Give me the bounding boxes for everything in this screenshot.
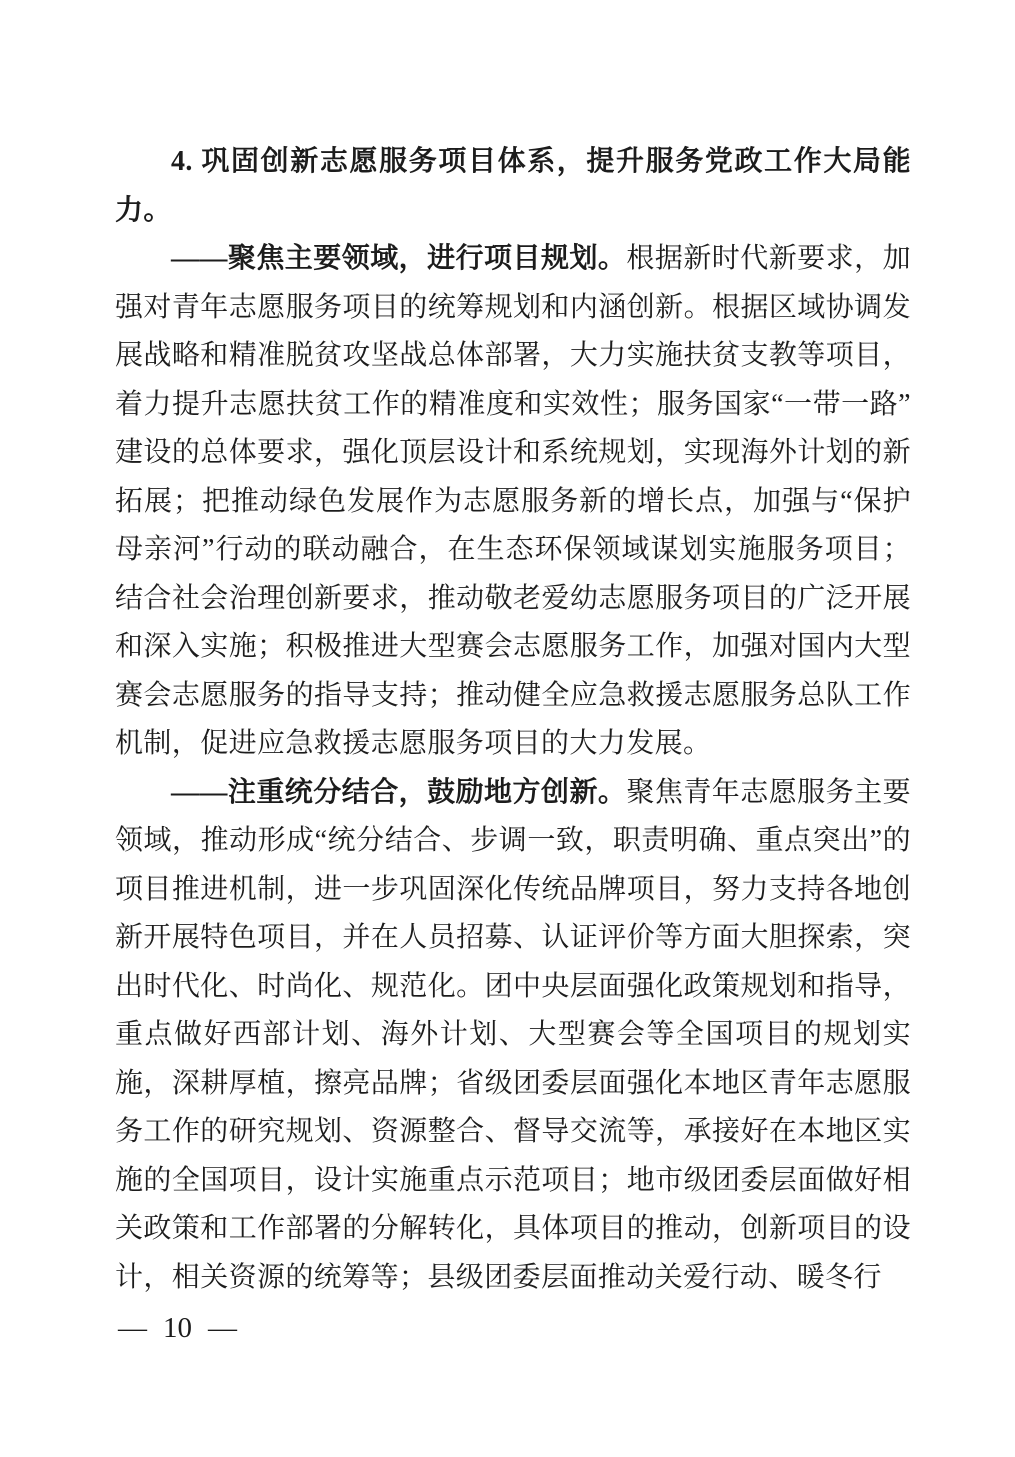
footer-right-dash: — [208, 1312, 237, 1344]
page-footer: —10— [118, 1308, 237, 1348]
paragraph-body: 聚焦青年志愿服务主要领域，推动形成“统分结合、步调一致，职责明确、重点突出”的项… [115, 777, 911, 1293]
paragraph-body: 根据新时代新要求，加强对青年志愿服务项目的统筹规划和内涵创新。根据区域协调发展战… [115, 243, 911, 759]
paragraph-lead: ——注重统分结合，鼓励地方创新。 [171, 777, 626, 808]
document-body: 4. 巩固创新志愿服务项目体系，提升服务党政工作大局能力。 ——聚焦主要领域，进… [115, 138, 911, 1302]
paragraph: ——聚焦主要领域，进行项目规划。根据新时代新要求，加强对青年志愿服务项目的统筹规… [115, 235, 911, 769]
section-heading: 4. 巩固创新志愿服务项目体系，提升服务党政工作大局能力。 [115, 138, 911, 235]
footer-left-dash: — [118, 1312, 147, 1344]
page-number: 10 [163, 1308, 192, 1348]
paragraph: ——注重统分结合，鼓励地方创新。聚焦青年志愿服务主要领域，推动形成“统分结合、步… [115, 769, 911, 1303]
document-page: 4. 巩固创新志愿服务项目体系，提升服务党政工作大局能力。 ——聚焦主要领域，进… [0, 0, 1015, 1457]
paragraph-lead: ——聚焦主要领域，进行项目规划。 [171, 243, 626, 274]
